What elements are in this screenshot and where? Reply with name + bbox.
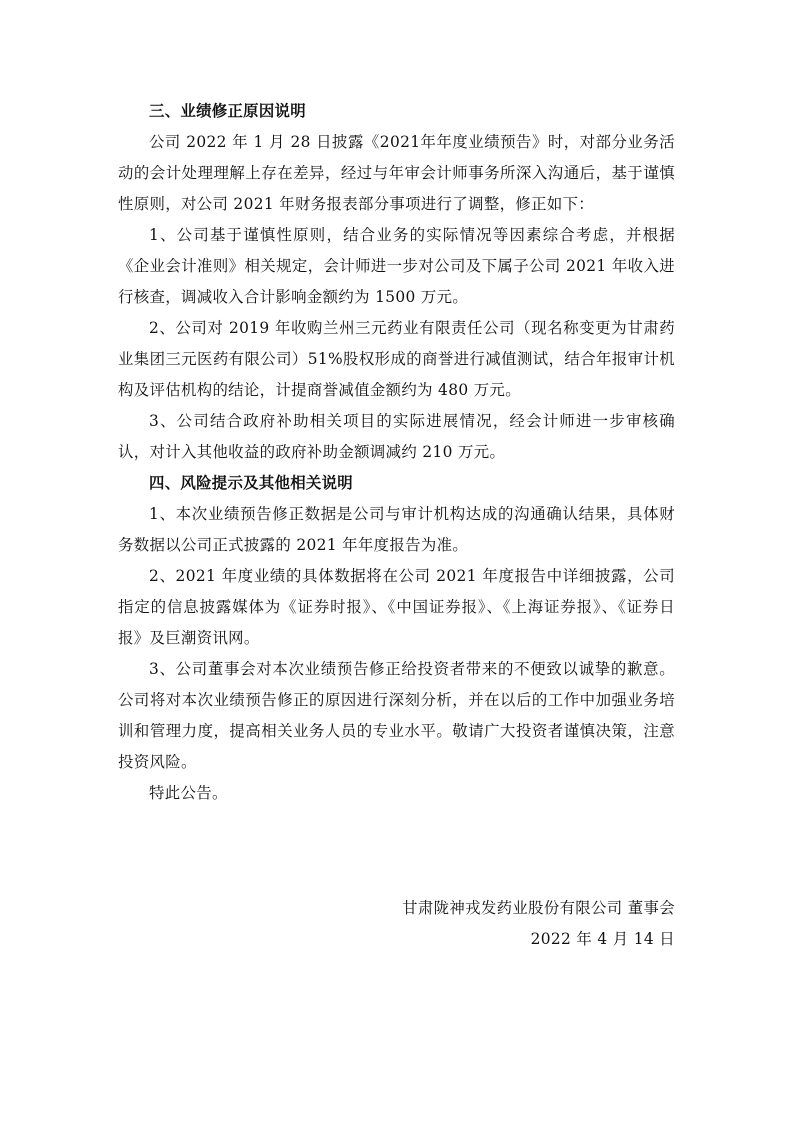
closing-statement: 特此公告。 (118, 778, 675, 809)
section-4-item-2: 2、2021 年度业绩的具体数据将在公司 2021 年度报告中详细披露，公司指定… (118, 561, 675, 654)
section-heading-3: 三、业绩修正原因说明 (118, 96, 675, 127)
signature-date: 2022 年 4 月 14 日 (531, 924, 675, 955)
section-3-item-2: 2、公司对 2019 年收购兰州三元药业有限责任公司（现名称变更为甘肃药业集团三… (118, 313, 675, 406)
section-3-item-1: 1、公司基于谨慎性原则，结合业务的实际情况等因素综合考虑，并根据《企业会计准则》… (118, 220, 675, 313)
section-4-item-3: 3、公司董事会对本次业绩预告修正给投资者带来的不便致以诚挚的歉意。公司将对本次业… (118, 654, 675, 778)
section-3-intro: 公司 2022 年 1 月 28 日披露《2021年年度业绩预告》时，对部分业务… (118, 127, 675, 220)
document-body: 三、业绩修正原因说明 公司 2022 年 1 月 28 日披露《2021年年度业… (118, 96, 675, 809)
signature-organization: 甘肃陇神戎发药业股份有限公司 董事会 (402, 893, 675, 924)
section-4-item-1: 1、本次业绩预告修正数据是公司与审计机构达成的沟通确认结果，具体财务数据以公司正… (118, 499, 675, 561)
section-heading-4: 四、风险提示及其他相关说明 (118, 468, 675, 499)
section-3-item-3: 3、公司结合政府补助相关项目的实际进展情况，经会计师进一步审核确认，对计入其他收… (118, 406, 675, 468)
